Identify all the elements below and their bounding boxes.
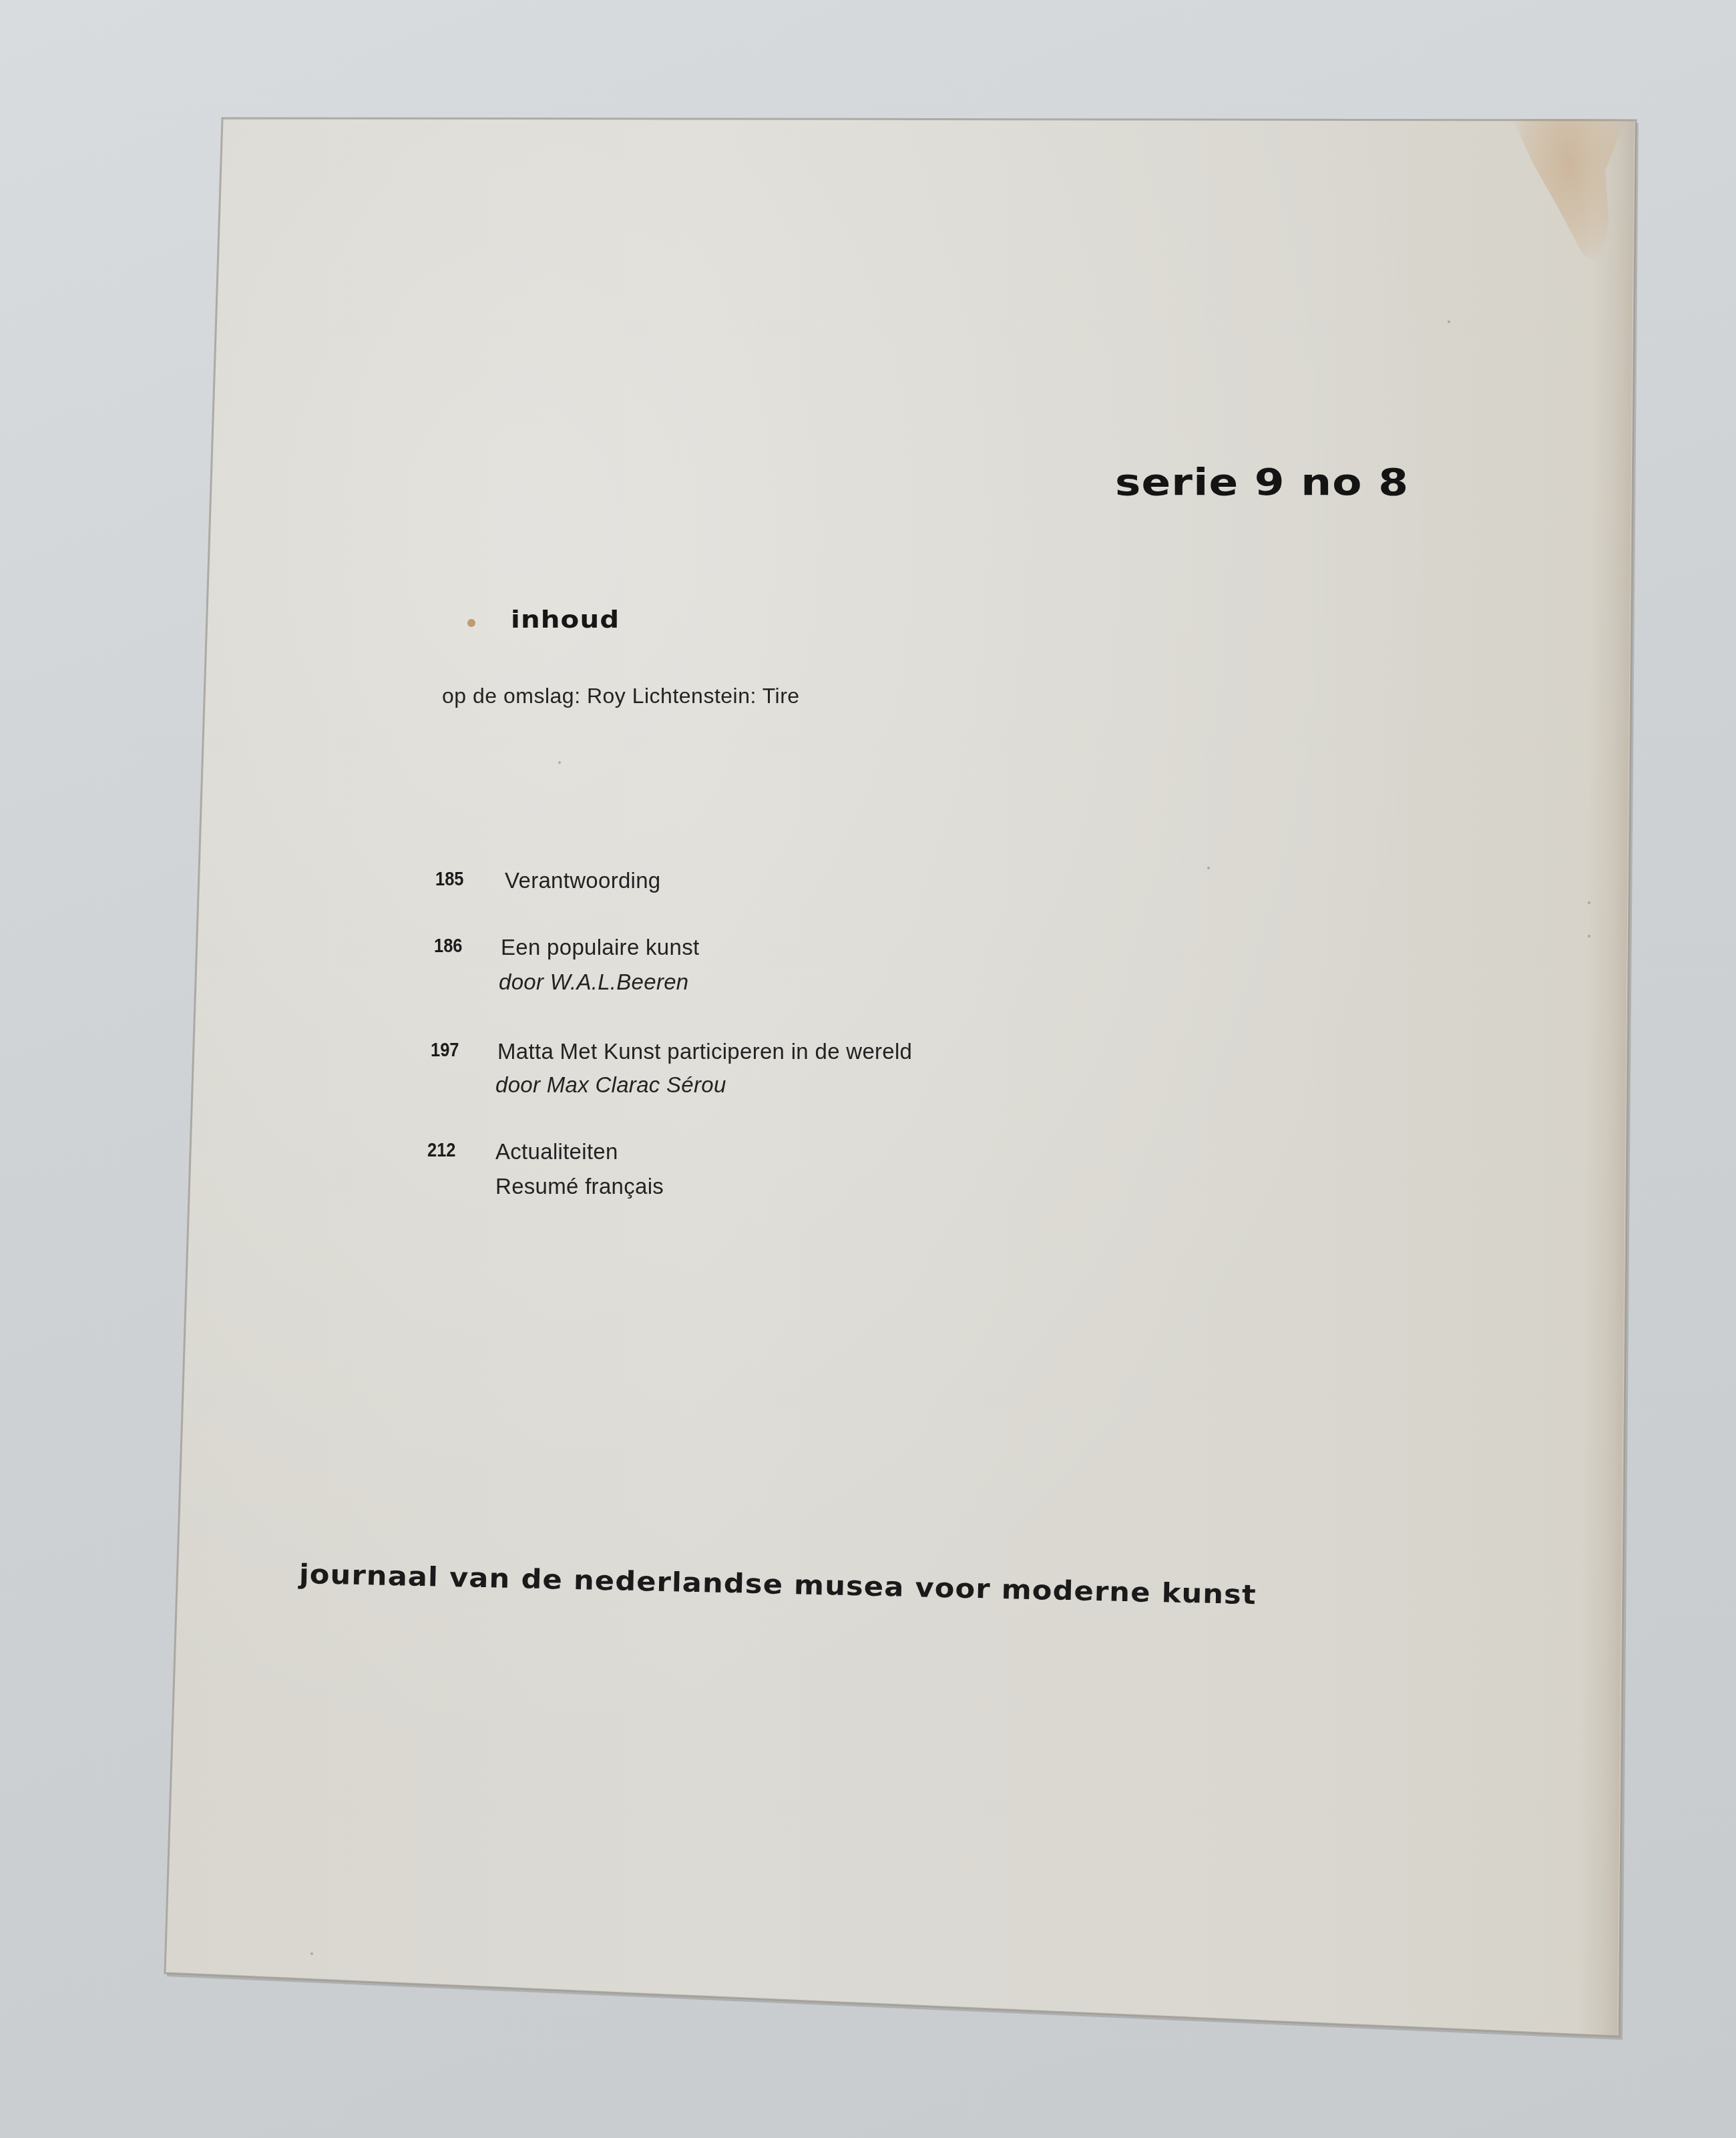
- toc-title: Matta Met Kunst participeren in de werel…: [497, 1039, 912, 1064]
- page-content: serie 9 no 8 inhoud op de omslag: Roy Li…: [0, 0, 1736, 2138]
- toc-title: Een populaire kunst: [501, 935, 699, 960]
- bullet-mark-icon: [467, 619, 475, 627]
- toc-author: door W.A.L.Beeren: [499, 970, 689, 995]
- paper-speck: [1588, 935, 1590, 937]
- toc-author: door Max Clarac Sérou: [495, 1072, 726, 1098]
- toc-title: Actualiteiten: [495, 1139, 618, 1164]
- paper-speck: [558, 761, 561, 764]
- toc-subtitle: Resumé français: [495, 1174, 664, 1199]
- toc-title: Verantwoording: [505, 868, 661, 893]
- contents-heading: inhoud: [511, 606, 620, 634]
- toc-page-number: 197: [431, 1039, 459, 1062]
- publication-title: journaal van de nederlandse musea voor m…: [298, 1559, 1257, 1611]
- paper-speck: [1448, 320, 1450, 323]
- toc-page-number: 185: [435, 868, 464, 891]
- issue-label: serie 9 no 8: [1115, 461, 1409, 504]
- toc-page-number: 186: [434, 935, 463, 957]
- cover-note: op de omslag: Roy Lichtenstein: Tire: [442, 684, 800, 708]
- toc-page-number: 212: [427, 1139, 456, 1162]
- paper-speck: [1207, 867, 1210, 869]
- paper-speck: [1588, 901, 1590, 904]
- paper-speck: [310, 1952, 313, 1955]
